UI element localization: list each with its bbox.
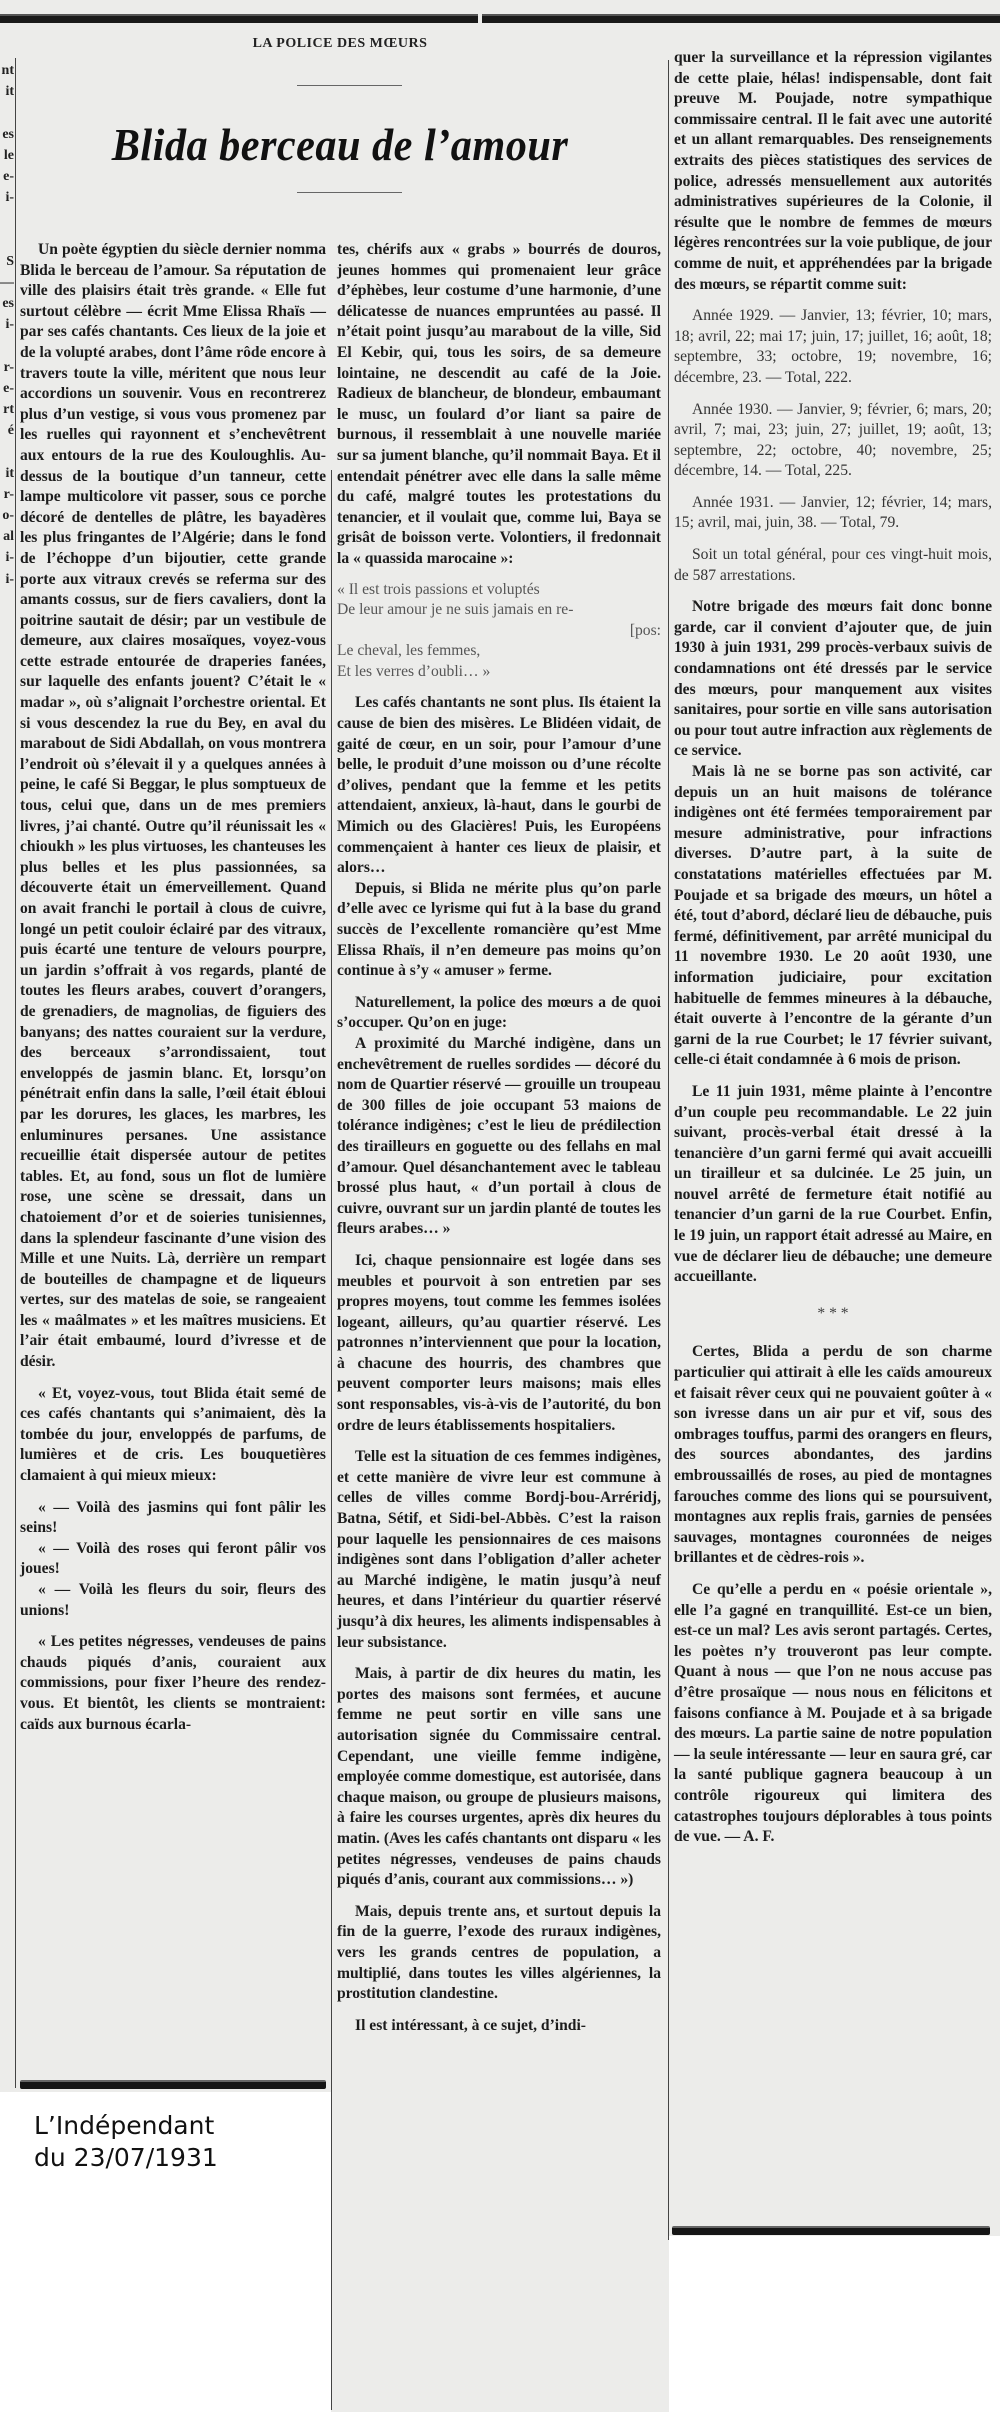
paragraph: « Et, voyez-vous, tout Blida était semé … xyxy=(20,1384,326,1487)
column-rule-left xyxy=(15,58,16,2088)
poem-quote: « Il est trois passions et voluptés De l… xyxy=(337,580,661,683)
fragment-text xyxy=(0,102,14,123)
paragraph: « — Voilà des jasmins qui font pâlir les… xyxy=(20,1498,326,1539)
fragment-text: i- xyxy=(0,569,14,590)
poem-line: Le cheval, les femmes, xyxy=(337,641,661,662)
caption-date: du 23/07/1931 xyxy=(34,2142,218,2174)
paragraph: « Les petites négresses, vendeuses de pa… xyxy=(20,1632,326,1735)
column-rule-middle xyxy=(331,470,332,2410)
column-rule-right xyxy=(668,60,669,2240)
fragment-text: o- xyxy=(0,505,14,526)
statistics-1929: Année 1929. — Janvier, 13; février, 10; … xyxy=(674,306,992,388)
fragment-text: nt xyxy=(0,60,14,81)
fragment-text: r- xyxy=(0,484,14,505)
newspaper-clipping: ntiteslee-i-S—esi-r-e-rtéitr-o-ali-i- LA… xyxy=(0,0,1000,2412)
poem-line: « Il est trois passions et voluptés xyxy=(337,580,661,601)
fragment-text: r- xyxy=(0,357,14,378)
paragraph: Mais, à partir de dix heures du matin, l… xyxy=(337,1664,661,1891)
paragraph: Le 11 juin 1931, même plainte à l’encont… xyxy=(674,1082,992,1288)
paragraph: « — Voilà des roses qui feront pâlir vos… xyxy=(20,1539,326,1580)
paragraph: « — Voilà les fleurs du soir, fleurs des… xyxy=(20,1580,326,1621)
paragraph: Certes, Blida a perdu de son charme part… xyxy=(674,1342,992,1569)
fragment-text: le xyxy=(0,145,14,166)
fragment-text: al xyxy=(0,526,14,547)
statistics-total: Soit un total général, pour ces vingt-hu… xyxy=(674,545,992,586)
headline-divider xyxy=(297,192,402,193)
fragment-text xyxy=(0,441,14,462)
paragraph: Notre brigade des mœurs fait donc bonne … xyxy=(674,597,992,762)
fragment-text: es xyxy=(0,124,14,145)
fragment-text xyxy=(0,208,14,229)
article-column-3: quer la surveillance et la répression vi… xyxy=(674,48,992,1848)
fragment-text: i- xyxy=(0,187,14,208)
fragment-text: — xyxy=(0,272,14,293)
fragment-text: it xyxy=(0,463,14,484)
paragraph: Ici, chaque pensionnaire est logée dans … xyxy=(337,1251,661,1436)
top-rule xyxy=(0,14,1000,23)
statistics-1930: Année 1930. — Janvier, 9; février, 6; ma… xyxy=(674,400,992,482)
paragraph: Un poète égyptien du siècle dernier nomm… xyxy=(20,240,326,1373)
poem-line: Et les verres d’oubli… » xyxy=(337,662,661,683)
article-column-2: tes, chérifs aux « grabs » bourrés de do… xyxy=(337,240,661,2036)
fragment-text: i- xyxy=(0,314,14,335)
article-headline: Blida berceau de l’amour xyxy=(46,118,635,171)
paragraph: Telle est la situation de ces femmes ind… xyxy=(337,1447,661,1653)
fragment-text: e- xyxy=(0,166,14,187)
fragment-text xyxy=(0,335,14,356)
fragment-text: rt xyxy=(0,399,14,420)
section-ornament: * * * xyxy=(674,1304,992,1325)
paragraph: Ce qu’elle a perdu en « poésie orientale… xyxy=(674,1580,992,1848)
paragraph: Naturellement, la police des mœurs a de … xyxy=(337,993,661,1034)
paragraph: A proximité du Marché indigène, dans un … xyxy=(337,1034,661,1240)
source-caption: L’Indépendant du 23/07/1931 xyxy=(34,2110,218,2174)
fragment-text: e- xyxy=(0,378,14,399)
adjacent-column-fragment: ntiteslee-i-S—esi-r-e-rtéitr-o-ali-i- xyxy=(0,60,14,590)
paragraph: Mais là ne se borne pas son activité, ca… xyxy=(674,762,992,1071)
article-kicker: LA POLICE DES MŒURS xyxy=(20,36,660,52)
paragraph: Mais, depuis trente ans, et surtout depu… xyxy=(337,1902,661,2005)
poem-line: [pos: xyxy=(337,621,661,642)
paragraph: Depuis, si Blida ne mérite plus qu’on pa… xyxy=(337,879,661,982)
fragment-text xyxy=(0,230,14,251)
blank-area-right xyxy=(669,2236,1000,2412)
fragment-text: S xyxy=(0,251,14,272)
paragraph: Il est intéressant, à ce sujet, d’indi- xyxy=(337,2016,661,2037)
article-column-1: Un poète égyptien du siècle dernier nomm… xyxy=(20,240,326,1735)
kicker-divider xyxy=(297,85,402,86)
caption-publication: L’Indépendant xyxy=(34,2110,218,2142)
fragment-text: i- xyxy=(0,547,14,568)
paragraph: quer la surveillance et la répression vi… xyxy=(674,48,992,295)
column-end-rule xyxy=(20,2080,326,2089)
paragraph: tes, chérifs aux « grabs » bourrés de do… xyxy=(337,240,661,570)
poem-line: De leur amour je ne suis jamais en re- xyxy=(337,600,661,621)
statistics-1931: Année 1931. — Janvier, 12; février, 14; … xyxy=(674,493,992,534)
fragment-text: é xyxy=(0,420,14,441)
fragment-text: it xyxy=(0,81,14,102)
fragment-text: es xyxy=(0,293,14,314)
article-end-rule xyxy=(672,2226,990,2235)
paragraph: Les cafés chantants ne sont plus. Ils ét… xyxy=(337,693,661,878)
